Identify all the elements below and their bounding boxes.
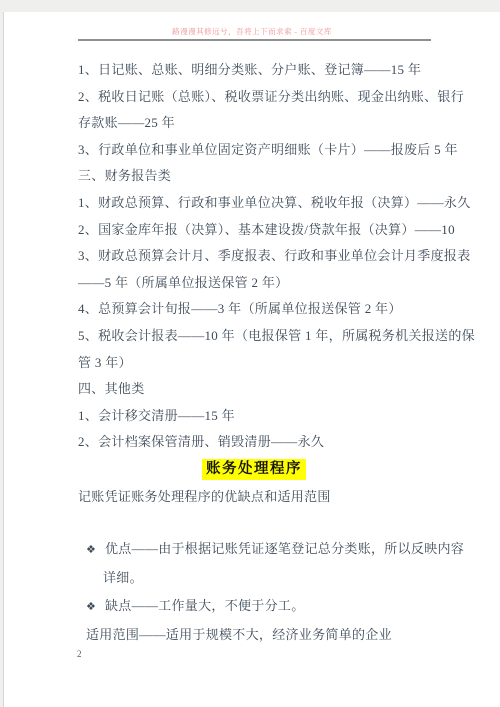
doc-line: 3、财政总预算会计月、季度报表、行政和事业单位会计月季度报表 xyxy=(78,243,460,270)
doc-line: 2、税收日记账（总账）、税收票证分类出纳账、现金出纳账、银行 xyxy=(78,84,460,111)
doc-line: 四、其他类 xyxy=(78,376,460,403)
doc-line: 三、财务报告类 xyxy=(78,163,460,190)
doc-line: 3、行政单位和事业单位固定资产明细账（卡片）——报废后 5 年 xyxy=(78,137,460,164)
bullet-item: ❖优点——由于根据记账凭证逐笔登记总分类账，所以反映内容 xyxy=(78,535,460,564)
doc-line: 1、日记账、总账、明细分类账、分户账、登记簿——15 年 xyxy=(78,57,460,84)
bullet-item: ❖缺点——工作量大，不便于分工。 xyxy=(78,592,460,621)
scope-line: 适用范围——适用于规模不大，经济业务简单的企业 xyxy=(78,621,460,649)
section-heading-row: 账务处理程序 xyxy=(78,456,430,482)
header-divider xyxy=(78,39,431,41)
bullet-text-continued: 详细。 xyxy=(78,564,460,592)
document-page: 路漫漫其修远兮，吾将上下而求索 - 百度文库 1、日记账、总账、明细分类账、分户… xyxy=(3,12,500,707)
bullet-list: ❖优点——由于根据记账凭证逐笔登记总分类账，所以反映内容 详细。 ❖缺点——工作… xyxy=(78,535,460,649)
doc-line: 2、国家金库年报（决算）、基本建设拨/贷款年报（决算）——10 xyxy=(78,217,460,244)
bullet-text: 优点——由于根据记账凭证逐笔登记总分类账，所以反映内容 xyxy=(105,541,464,556)
bullet-text: 缺点——工作量大，不便于分工。 xyxy=(105,598,305,613)
doc-line: 管 3 年） xyxy=(78,350,460,377)
page-number: 2 xyxy=(77,649,82,659)
doc-line: 2、会计档案保管清册、销毁清册——永久 xyxy=(78,429,460,456)
doc-line: 1、会计移交清册——15 年 xyxy=(78,403,460,430)
header-slogan: 路漫漫其修远兮，吾将上下而求索 - 百度文库 xyxy=(4,27,500,36)
document-header: 路漫漫其修远兮，吾将上下而求索 - 百度文库 xyxy=(4,12,500,41)
diamond-bullet-icon: ❖ xyxy=(86,536,105,564)
document-body: 1、日记账、总账、明细分类账、分户账、登记簿——15 年 2、税收日记账（总账）… xyxy=(4,57,500,649)
doc-line: 4、总预算会计旬报——3 年（所属单位报送保管 2 年） xyxy=(78,296,460,323)
doc-line: ——5 年（所属单位报送保管 2 年） xyxy=(78,270,460,297)
subtitle: 记账凭证账务处理程序的优缺点和适用范围 xyxy=(78,488,460,506)
diamond-bullet-icon: ❖ xyxy=(86,593,105,621)
highlighted-heading: 账务处理程序 xyxy=(202,459,306,480)
doc-line: 存款账——25 年 xyxy=(78,110,460,137)
doc-line: 1、财政总预算、行政和事业单位决算、税收年报（决算）——永久 xyxy=(78,190,460,217)
screenshot-root: { "colors": { "page_background": "#fffff… xyxy=(0,0,500,707)
doc-line: 5、税收会计报表——10 年（电报保管 1 年，所属税务机关报送的保 xyxy=(78,323,460,350)
